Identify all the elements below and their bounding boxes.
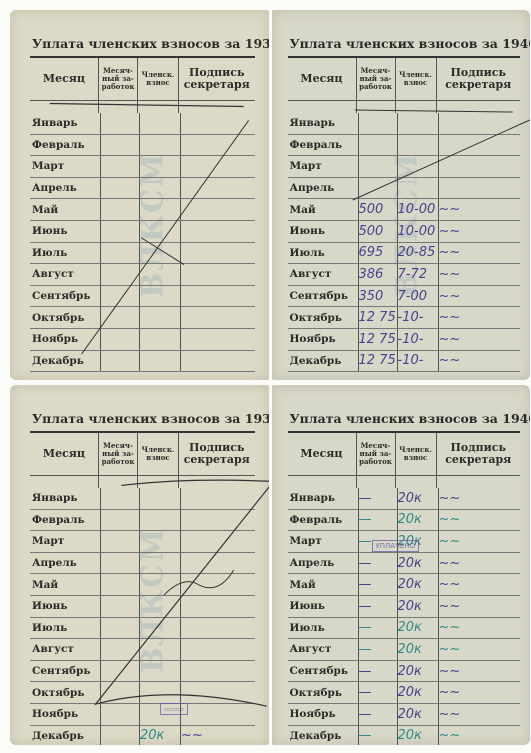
table-row: Январь bbox=[288, 113, 521, 135]
table-row: Октябрь12 75-10-~~ bbox=[288, 307, 521, 329]
page-1940-bottom: Уплата членских взносов за 1940 г. Месяц… bbox=[272, 385, 531, 745]
table-row: Ноябрь bbox=[30, 704, 255, 726]
table-row: Ноябрь bbox=[30, 329, 255, 351]
table-row: Октябрь bbox=[30, 307, 255, 329]
dues-table: Месяц Месяч-ный за-работок Членск. взнос… bbox=[288, 56, 521, 372]
table-row: Январь—20к~~ bbox=[288, 488, 521, 510]
dues-table: Месяц Месяч-ный за-работок Членск. взнос… bbox=[30, 431, 255, 745]
table-row: Декабрь bbox=[30, 351, 255, 373]
dues-table: Месяц Месяч-ный за-работок Членск. взнос… bbox=[30, 56, 255, 372]
table-row: Июль69520-85~~ bbox=[288, 243, 521, 265]
table-header: Месяц Месяч-ный за-работок Членск. взнос… bbox=[30, 58, 255, 101]
table-row: Июль bbox=[30, 243, 255, 265]
table-header: Месяц Месяч-ный за-работок Членск. взнос… bbox=[288, 58, 521, 101]
table-row: Июнь—20к~~ bbox=[288, 596, 521, 618]
table-row: Декабрь20к~~ bbox=[30, 726, 255, 745]
table-row: Октябрь bbox=[30, 682, 255, 704]
table-row: Апрель—20к~~ bbox=[288, 553, 521, 575]
table-row: Декабрь—20к~~ bbox=[288, 726, 521, 745]
table-row: Октябрь—20к~~ bbox=[288, 682, 521, 704]
bottom-spread: Уплата членских взносов за 1939 г. ВЛКСМ… bbox=[10, 385, 530, 745]
page-title: Уплата членских взносов за 1939 г. bbox=[32, 411, 257, 426]
table-row: Ноябрь—20к~~ bbox=[288, 704, 521, 726]
table-row: Сентябрь bbox=[30, 661, 255, 683]
header-month: Месяц bbox=[30, 58, 98, 100]
page-1940-top: Уплата членских взносов за 1940 г. ВЛКСМ… bbox=[272, 10, 531, 380]
table-row: Июль bbox=[30, 618, 255, 640]
header-signature: Подпись секретаря bbox=[178, 58, 255, 100]
table-row: Август3867-72~~ bbox=[288, 264, 521, 286]
table-row: Апрель bbox=[288, 178, 521, 200]
table-header: Месяц Месяч-ный за-работок Членск. взнос… bbox=[30, 433, 255, 476]
table-row: Август bbox=[30, 639, 255, 661]
table-row: Май—20к~~ bbox=[288, 574, 521, 596]
table-row: Ноябрь12 75-10-~~ bbox=[288, 329, 521, 351]
table-row: Сентябрь—20к~~ bbox=[288, 661, 521, 683]
table-row: Май bbox=[30, 199, 255, 221]
table-row: Июнь bbox=[30, 221, 255, 243]
table-row: Сентябрь bbox=[30, 286, 255, 308]
table-row: Сентябрь3507-00~~ bbox=[288, 286, 521, 308]
header-salary: Месяч-ный за-работок bbox=[98, 58, 137, 100]
page-title: Уплата членских взносов за 1940 г. bbox=[290, 36, 519, 51]
page-title: Уплата членских взносов за 1940 г. bbox=[290, 411, 519, 426]
dues-table: Месяц Месяч-ный за-работок Членск. взнос… bbox=[288, 431, 521, 745]
table-row: Январь bbox=[30, 488, 255, 510]
table-header: Месяц Месяч-ный за-работок Членск. взнос… bbox=[288, 433, 521, 476]
table-row: Август—20к~~ bbox=[288, 639, 521, 661]
top-spread: Уплата членских взносов за 1939 г. ВЛКСМ… bbox=[10, 10, 530, 380]
header-dues: Членск. взнос bbox=[137, 58, 178, 100]
table-row: Июнь bbox=[30, 596, 255, 618]
payment-stamp: ▭▭▭ bbox=[160, 703, 188, 715]
table-row: Февраль bbox=[30, 510, 255, 532]
table-row: Май50010-00~~ bbox=[288, 199, 521, 221]
table-row: Декабрь12 75-10-~~ bbox=[288, 351, 521, 373]
page-1939-bottom: Уплата членских взносов за 1939 г. ВЛКСМ… bbox=[10, 385, 269, 745]
table-row: Март bbox=[288, 156, 521, 178]
table-row: Февраль—20к~~ bbox=[288, 510, 521, 532]
table-row: Май bbox=[30, 574, 255, 596]
table-row: Июль—20к~~ bbox=[288, 618, 521, 640]
table-row: Март bbox=[30, 531, 255, 553]
page-1939-top: Уплата членских взносов за 1939 г. ВЛКСМ… bbox=[10, 10, 269, 380]
paid-stamp: УПЛАЧЕНО bbox=[372, 540, 420, 552]
table-row: Февраль bbox=[30, 135, 255, 157]
table-row: Июнь50010-00~~ bbox=[288, 221, 521, 243]
table-row: Апрель bbox=[30, 553, 255, 575]
table-row: Март bbox=[30, 156, 255, 178]
page-title: Уплата членских взносов за 1939 г. bbox=[32, 36, 257, 51]
table-row: Февраль bbox=[288, 135, 521, 157]
table-row: Август bbox=[30, 264, 255, 286]
table-row: Январь bbox=[30, 113, 255, 135]
table-row: Апрель bbox=[30, 178, 255, 200]
